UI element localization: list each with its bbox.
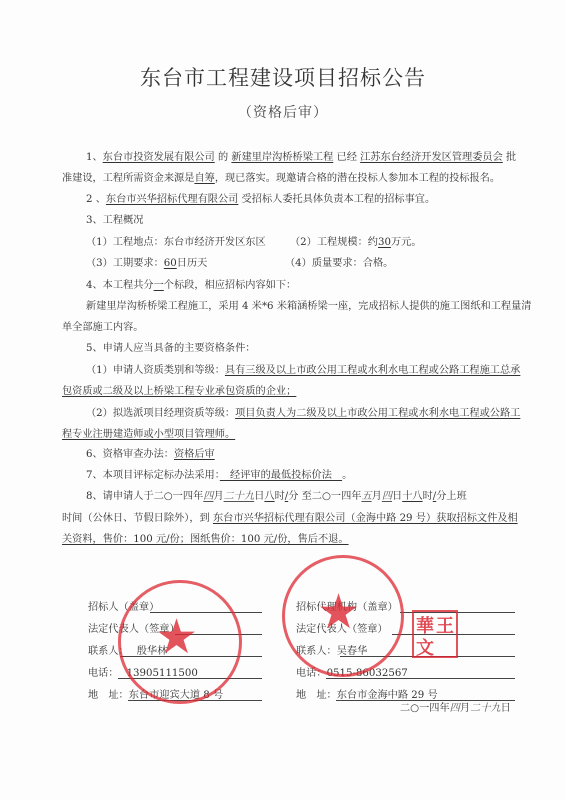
section-7: 7、本项目评标定标办法采用： 经评审的最低投标价法 。: [86, 469, 352, 483]
section-4-content-2: 单全部施工内容。: [62, 321, 144, 335]
section-4-content-1: 新建里岸沟桥桥梁工程施工，采用 4 米*6 米箱涵桥梁一座，完成招标人提供的施工…: [86, 300, 531, 314]
section-8-line-3: 关资料，售价：100 元/份；图纸售价：100 元/份，售后不退。: [62, 533, 349, 547]
qualification-2-line-1: （2）拟选派项目经理资质等级：项目负责人为二级及以上市政公用工程或水利水电工程或…: [86, 407, 520, 421]
signature-line: [326, 678, 515, 679]
section-2: 2 、东台市兴华招标代理有限公司 受招标人委托具体负责本工程的招标事宜。: [86, 193, 435, 207]
signing-date: 二○一四年四月二十九日: [400, 699, 511, 714]
section-8-line-2: 时间（公休日、节假日除外），到 东台市兴华招标代理有限公司（金海中路 29 号）…: [62, 512, 518, 526]
qualification-2-line-2: 程专业注册建造师或小型项目管理师。: [62, 428, 235, 442]
qualification-1-line-1: （1）申请人资质类别和等级：具有三级及以上市政公用工程或水利水电工程或公路工程施…: [86, 364, 520, 378]
section-1-line-2: 准建设，工程所需资金来源是自筹，现已落实。现邀请合格的潜在投标人参加本工程的投标…: [62, 172, 500, 186]
agency-stamp: ★: [282, 555, 404, 677]
star-icon: ★: [317, 588, 360, 636]
section-1-line-1: 1、东台市投资发展有限公司 的 新建里岸沟桥桥梁工程 已经 江苏东台经济开发区管…: [86, 151, 516, 165]
section-3-heading: 3、工程概况: [86, 214, 143, 228]
tenderer-stamp: ★: [118, 580, 242, 704]
project-scale: （2）工程规模：约30万元。: [290, 236, 422, 250]
section-4-heading: 4、本工程共分一个标段，相应招标内容如下：: [86, 279, 296, 293]
personal-seal: 華 王 文: [412, 610, 458, 658]
agent-name: 东台市兴华招标代理有限公司: [106, 194, 238, 205]
tenderer-name: 东台市投资发展有限公司: [103, 152, 215, 163]
project-period: （3）工期要求：60日历天: [86, 257, 207, 271]
document-subtitle: （资格后审）: [0, 102, 566, 122]
section-6: 6、资格审查办法：资格后审: [86, 448, 215, 462]
section-8-line-1: 8、请申请人于二○一四年四月二十九日八时/分 至二○一四年五月四日十八时/分上班: [86, 490, 467, 504]
section-5-heading: 5、申请人应当具备的主要资格条件：: [86, 342, 255, 356]
project-location: （1）工程地点：东台市经济开发区东区: [86, 236, 266, 250]
star-icon: ★: [155, 613, 198, 661]
fund-source: 自筹: [194, 173, 214, 184]
project-quality: （4）质量要求：合格。: [285, 257, 393, 271]
project-name: 新建里岸沟桥桥梁工程: [231, 152, 333, 163]
document-title: 东台市工程建设项目招标公告: [0, 62, 566, 92]
approver-name: 江苏东台经济开发区管理委员会: [360, 152, 503, 163]
document-page: 东台市工程建设项目招标公告 （资格后审） 1、东台市投资发展有限公司 的 新建里…: [0, 0, 566, 800]
qualification-1-line-2: 包资质或二级及以上桥梁工程专业承包资质的企业；: [62, 385, 296, 399]
